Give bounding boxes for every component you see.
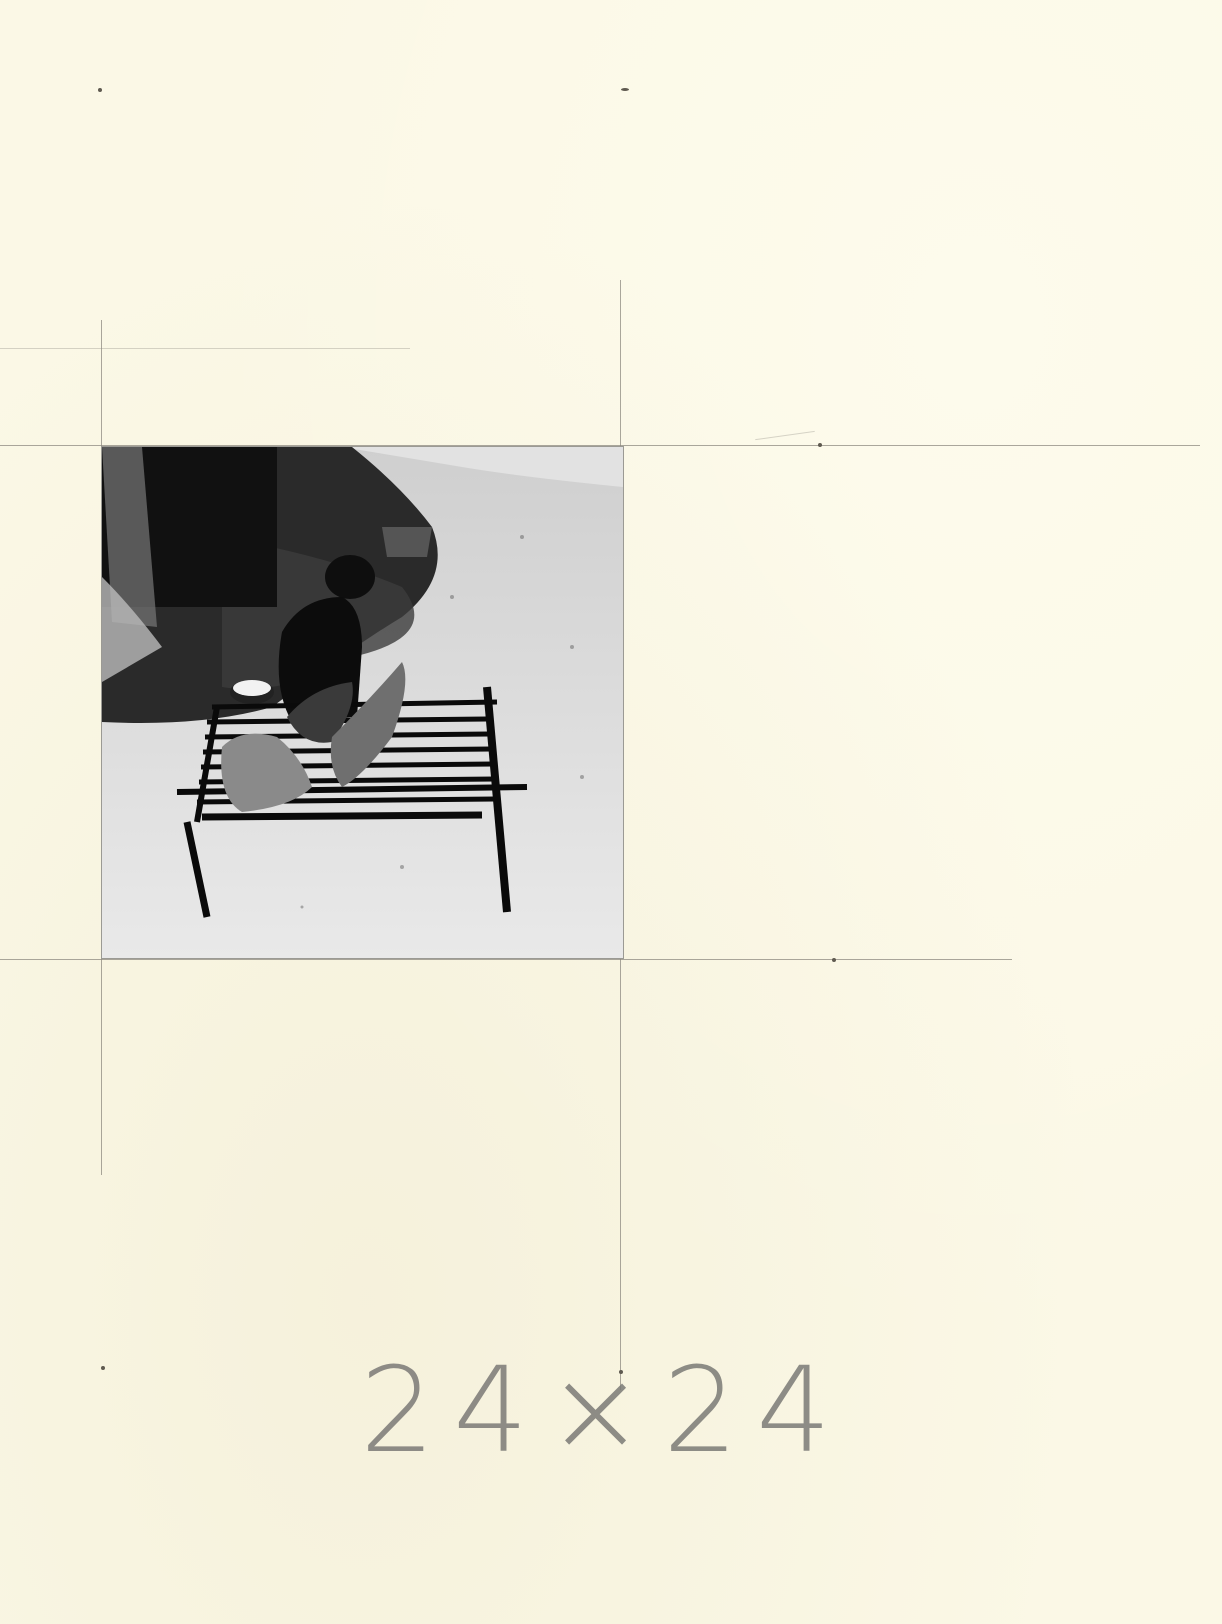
registration-dot	[98, 88, 102, 92]
faint-tick-mark	[755, 431, 815, 440]
registration-dot	[818, 443, 822, 447]
registration-dot	[832, 958, 836, 962]
crop-line-top	[0, 445, 1200, 446]
size-annotation: 24×24	[360, 1340, 960, 1480]
registration-dot	[101, 1366, 105, 1370]
registration-dot	[621, 88, 629, 91]
mount-sheet: 24×24	[0, 0, 1222, 1624]
crop-line-bottom	[0, 959, 1012, 960]
photograph	[102, 447, 623, 958]
photo-scene	[102, 447, 623, 958]
faint-guide-line	[0, 348, 410, 349]
